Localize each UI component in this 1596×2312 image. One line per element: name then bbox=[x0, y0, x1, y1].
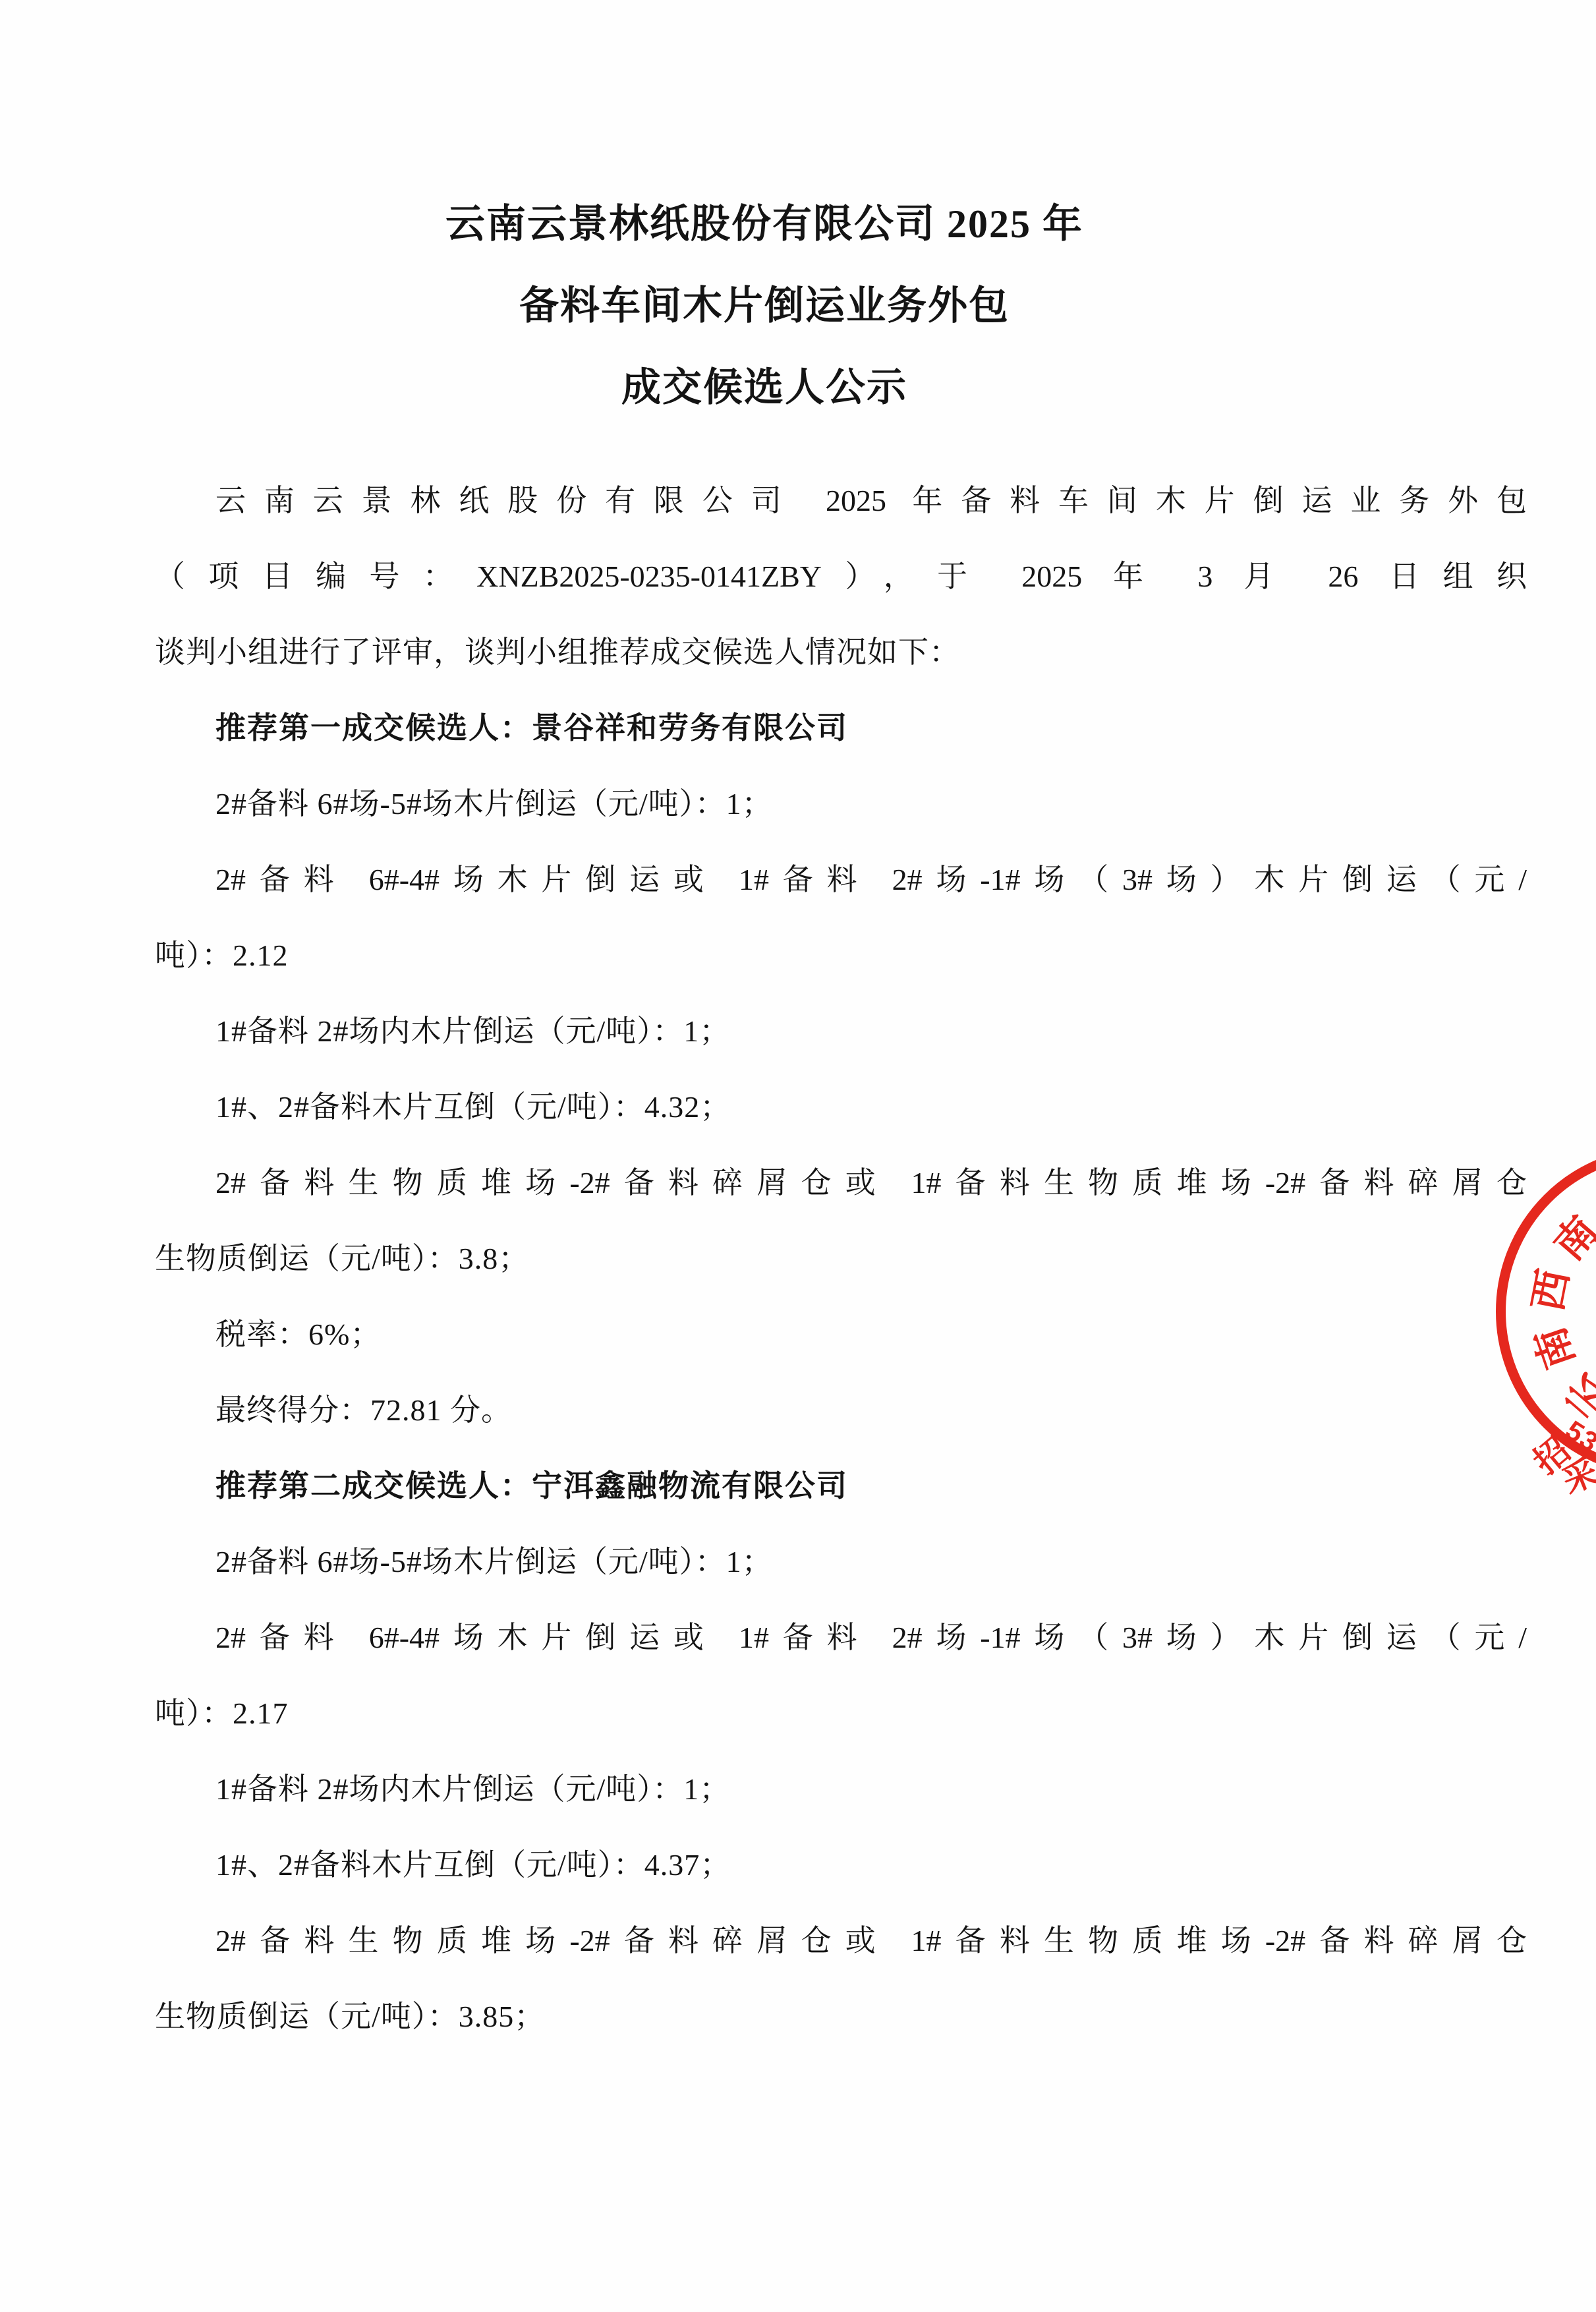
candidate2-price-3: 1#备料 2#场内木片倒运（元/吨）：1； bbox=[155, 1751, 1527, 1827]
candidate1-price-2-line-2: 吨）：2.12 bbox=[155, 917, 1527, 993]
candidate1-tax-rate: 税率：6%； bbox=[155, 1296, 1527, 1372]
candidate1-final-score: 最终得分：72.81 分。 bbox=[155, 1372, 1527, 1448]
candidate1-heading: 推荐第一成交候选人：景谷祥和劳务有限公司 bbox=[155, 690, 1527, 766]
candidate2-price-5-line-2: 生物质倒运（元/吨）：3.85； bbox=[155, 1979, 1527, 2054]
title-line-3: 成交候选人公示 bbox=[155, 347, 1374, 428]
candidate2-heading: 推荐第二成交候选人：宁洱鑫融物流有限公司 bbox=[155, 1448, 1527, 1524]
company-seal-stamp: 南 西 南 云 53 招 采 bbox=[1496, 1147, 1596, 1476]
intro-line-3: 谈判小组进行了评审，谈判小组推荐成交候选人情况如下： bbox=[155, 614, 1527, 690]
candidate1-price-3: 1#备料 2#场内木片倒运（元/吨）：1； bbox=[155, 993, 1527, 1069]
candidate2-price-1: 2#备料 6#场-5#场木片倒运（元/吨）：1； bbox=[155, 1524, 1527, 1600]
candidate1-price-5-line-2: 生物质倒运（元/吨）：3.8； bbox=[155, 1221, 1527, 1296]
document-page: 云南云景林纸股份有限公司 2025 年 备料车间木片倒运业务外包 成交候选人公示… bbox=[0, 0, 1596, 2312]
candidate1-price-4: 1#、2#备料木片互倒（元/吨）：4.32； bbox=[155, 1069, 1527, 1145]
candidate2-price-4: 1#、2#备料木片互倒（元/吨）：4.37； bbox=[155, 1827, 1527, 1903]
candidate2-price-5-line-1: 2#备料生物质堆场-2#备料碎屑仓或 1#备料生物质堆场-2#备料碎屑仓 bbox=[155, 1903, 1527, 1979]
candidate2-price-2-line-2: 吨）：2.17 bbox=[155, 1675, 1527, 1751]
document-body: 云南云景林纸股份有限公司 2025 年备料车间木片倒运业务外包 （项目编号：XN… bbox=[155, 463, 1527, 2054]
candidate1-price-2-line-1: 2#备料 6#-4#场木片倒运或 1#备料 2#场-1#场（3#场）木片倒运（元… bbox=[155, 842, 1527, 917]
title-line-1: 云南云景林纸股份有限公司 2025 年 bbox=[155, 183, 1374, 265]
intro-line-1: 云南云景林纸股份有限公司 2025 年备料车间木片倒运业务外包 bbox=[155, 463, 1527, 538]
title-line-2: 备料车间木片倒运业务外包 bbox=[155, 265, 1374, 347]
candidate1-price-1: 2#备料 6#场-5#场木片倒运（元/吨）：1； bbox=[155, 766, 1527, 842]
candidate2-price-2-line-1: 2#备料 6#-4#场木片倒运或 1#备料 2#场-1#场（3#场）木片倒运（元… bbox=[155, 1600, 1527, 1675]
candidate1-price-5-line-1: 2#备料生物质堆场-2#备料碎屑仓或 1#备料生物质堆场-2#备料碎屑仓 bbox=[155, 1145, 1527, 1221]
intro-line-2: （项目编号：XNZB2025-0235-0141ZBY），于 2025 年 3 … bbox=[155, 538, 1527, 614]
document-title: 云南云景林纸股份有限公司 2025 年 备料车间木片倒运业务外包 成交候选人公示 bbox=[155, 183, 1374, 428]
